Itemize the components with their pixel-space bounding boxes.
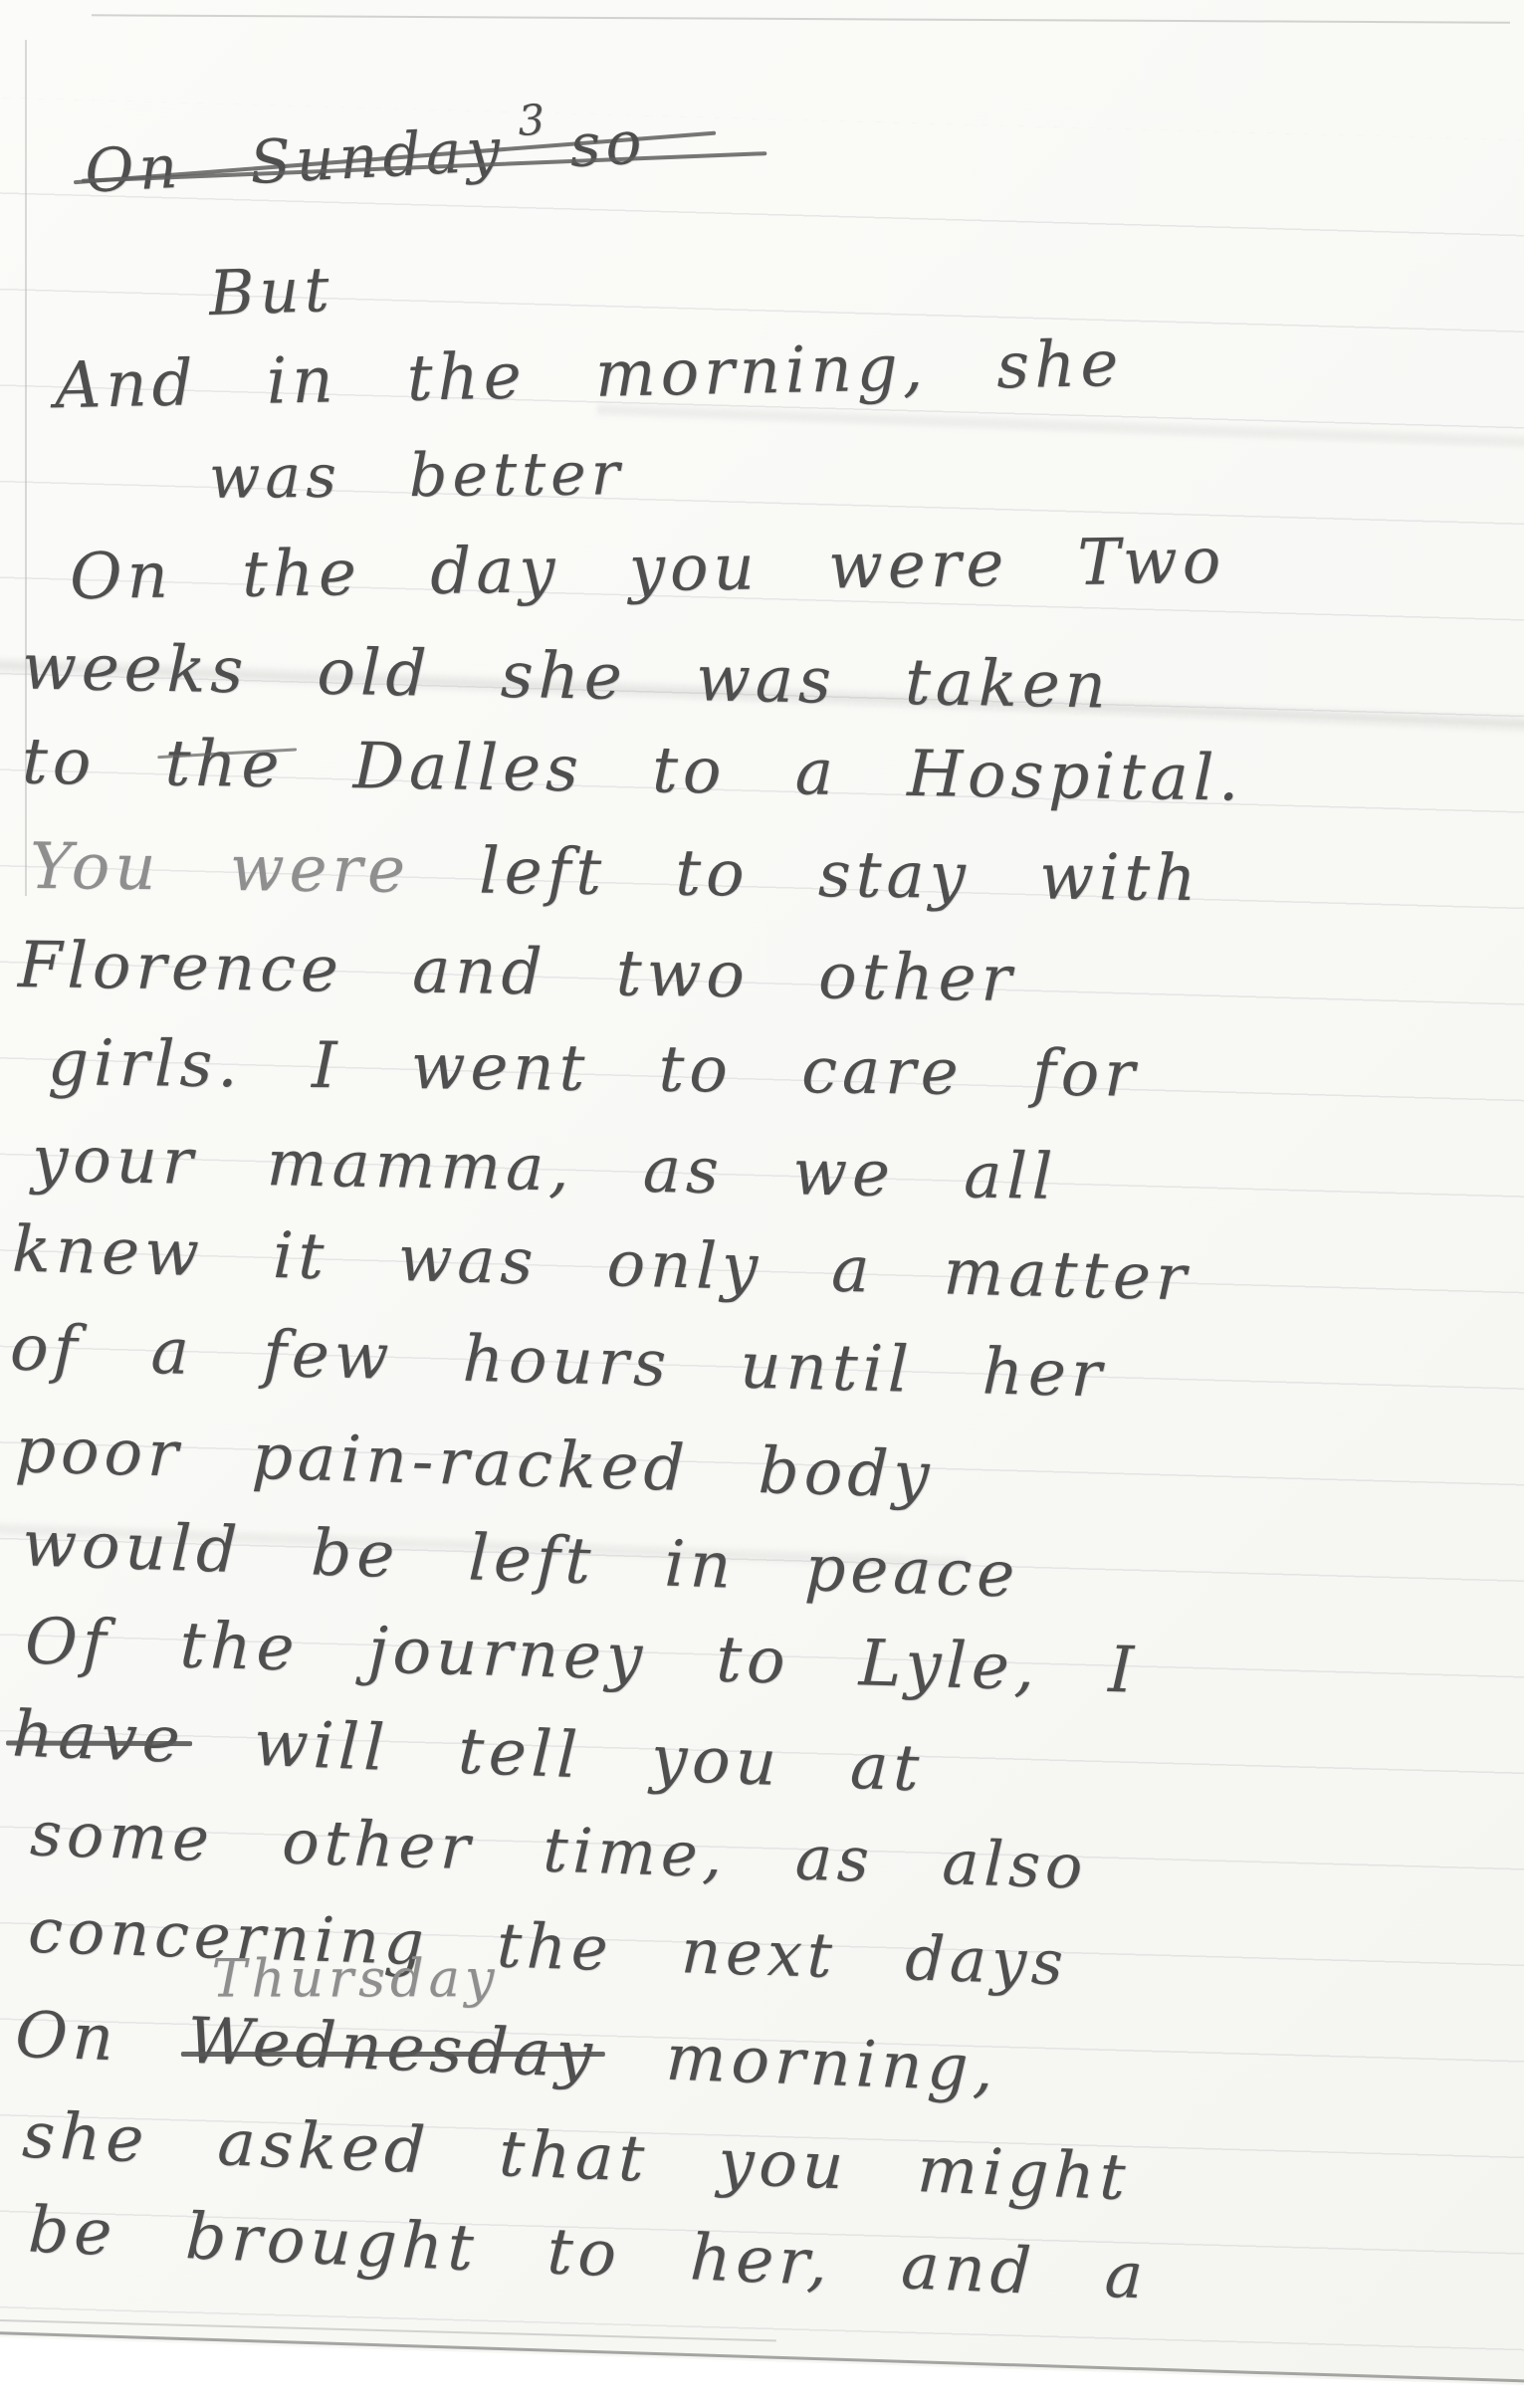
handwriting-line: your mamma, as we all: [32, 1128, 1058, 1209]
handwriting-segment: But: [208, 259, 335, 325]
inserted-word: Thursday: [211, 1954, 499, 2006]
handwriting-segment: On: [14, 2004, 188, 2074]
handwriting-segment: to: [22, 730, 165, 795]
handwriting-segment: On the day you were Two: [70, 530, 1226, 609]
crossed-out-text: Wednesday: [186, 2010, 598, 2087]
crossed-out-text: have: [11, 1702, 186, 1773]
handwriting-segment: You were: [30, 835, 411, 903]
handwriting-segment: left to stay with: [410, 839, 1201, 911]
scanned-letter-page: On Sunday3soButAnd in the morning, shewa…: [0, 0, 1524, 2408]
handwriting-segment: weeks old she was taken: [22, 635, 1112, 718]
handwriting-segment: girls. I went to care for: [48, 1031, 1140, 1106]
handwriting-line: You were left to stay with: [30, 835, 1201, 911]
handwriting-line: But: [208, 259, 335, 325]
handwriting-line: On the day you were Two: [70, 530, 1226, 609]
handwriting-line: to the Dalles to a Hospital.: [22, 730, 1244, 810]
handwriting-segment: so: [568, 112, 648, 176]
handwriting-segment: was better: [209, 444, 625, 508]
handwriting-line: weeks old she was taken: [22, 635, 1112, 718]
handwriting-segment: morning,: [595, 2024, 998, 2101]
handwriting-line: Florence and two other: [18, 934, 1017, 1011]
handwriting-line: girls. I went to care for: [48, 1031, 1140, 1106]
handwriting-line: was better: [209, 444, 625, 508]
handwriting-segment: Dalles to a Hospital.: [284, 734, 1244, 810]
handwriting-segment: your mamma, as we all: [32, 1128, 1058, 1209]
handwriting-segment: Florence and two other: [18, 934, 1017, 1011]
correction-group: ThursdayWednesday: [186, 2010, 598, 2087]
handwriting-segment: the: [164, 732, 285, 797]
page-number: 3: [517, 99, 550, 142]
